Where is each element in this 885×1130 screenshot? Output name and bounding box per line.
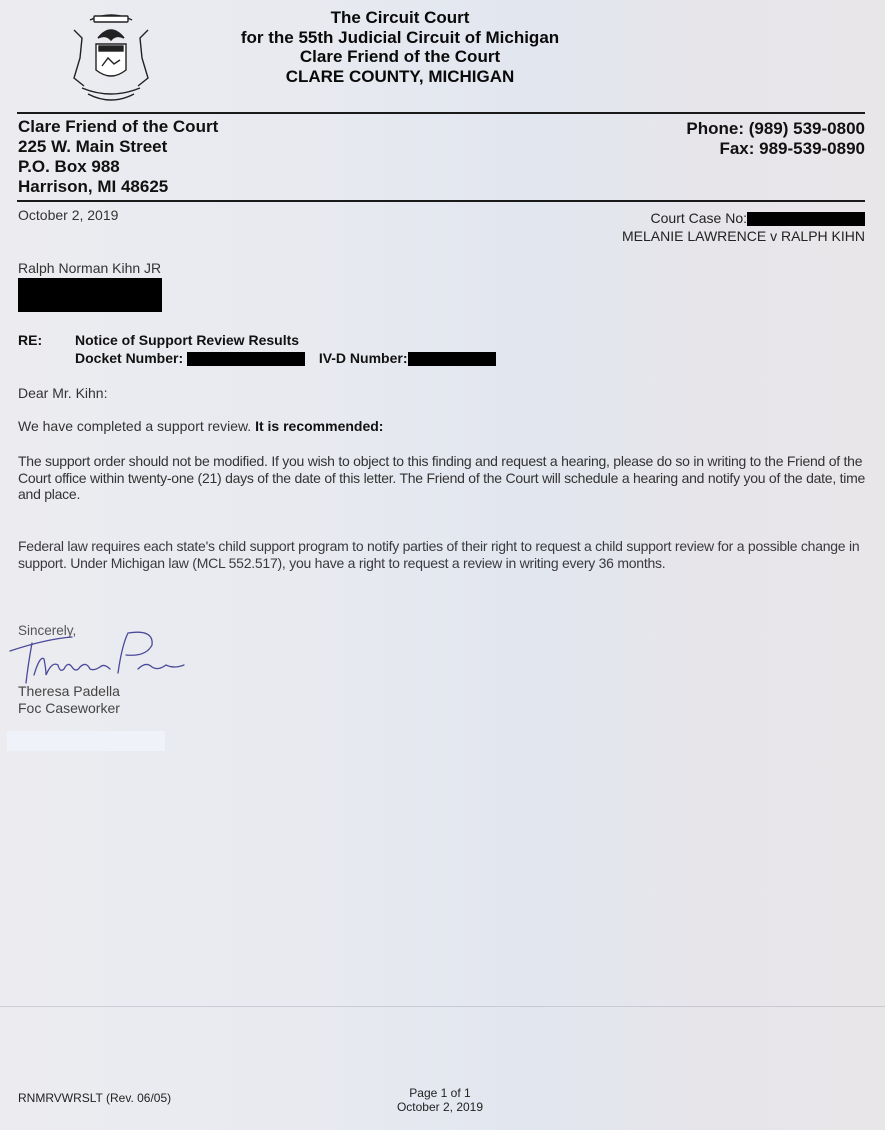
case-info: Court Case No: MELANIE LAWRENCE v RALPH … (622, 209, 865, 245)
recipient-name: Ralph Norman Kihn JR (18, 260, 161, 276)
whited-out-line (7, 731, 165, 751)
case-title: MELANIE LAWRENCE v RALPH KIHN (622, 227, 865, 245)
signer-block: Theresa Padella Foc Caseworker (18, 683, 120, 717)
header-divider-top (17, 112, 865, 114)
form-id: RNMRVWRSLT (Rev. 06/05) (18, 1091, 171, 1105)
court-case-redaction (747, 212, 865, 226)
office-contact: Phone: (989) 539-0800 Fax: 989-539-0890 (686, 119, 865, 159)
letterhead-line-2: for the 55th Judicial Circuit of Michiga… (200, 28, 600, 48)
re-block: RE: Notice of Support Review Results Doc… (18, 331, 538, 371)
paragraph-federal-law: Federal law requires each state's child … (18, 538, 868, 571)
footer-date: October 2, 2019 (360, 1100, 520, 1114)
docket-label: Docket Number: (75, 350, 183, 366)
letterhead-line-3: Clare Friend of the Court (200, 47, 600, 67)
michigan-seal-icon (68, 8, 154, 106)
intro-sentence: We have completed a support review. It i… (18, 418, 383, 434)
letter-date: October 2, 2019 (18, 207, 118, 223)
signer-title: Foc Caseworker (18, 700, 120, 717)
salutation: Dear Mr. Kihn: (18, 385, 107, 401)
docket-number-redaction (187, 352, 305, 366)
letterhead-line-1: The Circuit Court (200, 8, 600, 28)
office-name: Clare Friend of the Court (18, 117, 218, 137)
page-number: Page 1 of 1 (360, 1086, 520, 1100)
court-case-label: Court Case No: (651, 210, 747, 226)
re-label: RE: (18, 331, 42, 349)
ivd-label: IV-D Number: (319, 350, 408, 366)
intro-text: We have completed a support review. (18, 418, 255, 434)
office-street: 225 W. Main Street (18, 137, 218, 157)
letterhead-title: The Circuit Court for the 55th Judicial … (200, 8, 600, 86)
paragraph-recommendation: The support order should not be modified… (18, 453, 868, 503)
office-phone: Phone: (989) 539-0800 (686, 119, 865, 139)
office-fax: Fax: 989-539-0890 (686, 139, 865, 159)
intro-emphasis: It is recommended: (255, 418, 383, 434)
letterhead-line-4: CLARE COUNTY, MICHIGAN (200, 67, 600, 87)
recipient-address-redaction (18, 278, 162, 312)
signer-name: Theresa Padella (18, 683, 120, 700)
page-footer: Page 1 of 1 October 2, 2019 (360, 1086, 520, 1114)
office-address: Clare Friend of the Court 225 W. Main St… (18, 117, 218, 197)
office-po-box: P.O. Box 988 (18, 157, 218, 177)
paper-fold-line (0, 1006, 885, 1007)
ivd-number-redaction (408, 352, 496, 366)
re-subject: Notice of Support Review Results (75, 331, 496, 349)
office-city: Harrison, MI 48625 (18, 177, 218, 197)
header-divider-bottom (17, 200, 865, 202)
